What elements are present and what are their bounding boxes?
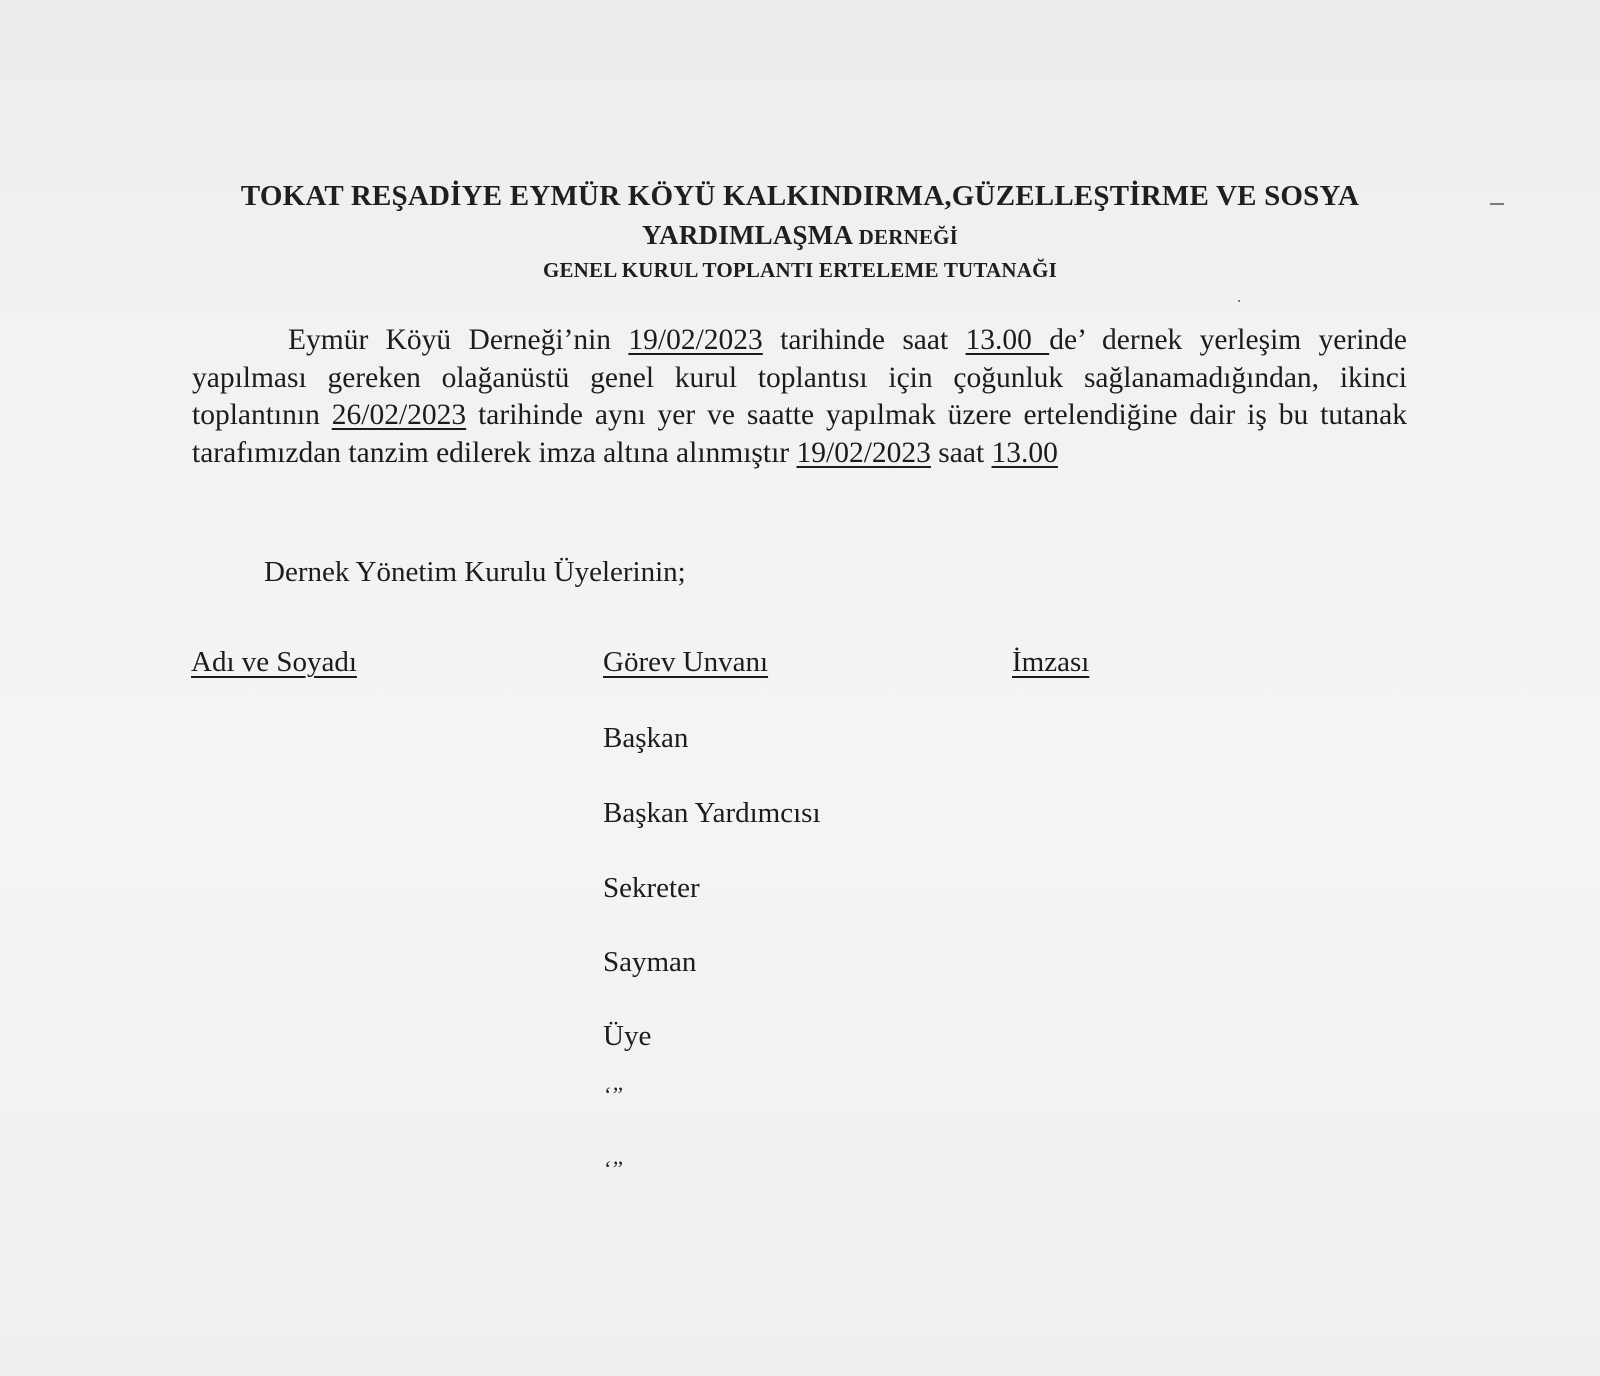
role-member-ditto: ‘’’ — [603, 1082, 623, 1108]
title-line-2-main: YARDIMLAŞMA — [642, 220, 852, 250]
paragraph-text: Eymür Köyü Derneği’nin — [288, 324, 628, 356]
document-page: TOKAT REŞADİYE EYMÜR KÖYÜ KALKINDIRMA,GÜ… — [0, 0, 1600, 1376]
paragraph-text: tarihinde saat — [763, 324, 966, 356]
document-subtitle: GENEL KURUL TOPLANTI ERTELEME TUTANAĞI — [190, 258, 1410, 283]
scan-mark — [1238, 300, 1240, 302]
role-member-ditto: ‘’’ — [603, 1156, 623, 1182]
role-member: Üye — [603, 1020, 651, 1053]
record-date: 19/02/2023 — [797, 437, 931, 469]
role-president: Başkan — [603, 722, 688, 755]
title-line-2-small: DERNEĞİ — [859, 225, 958, 249]
role-vice-president: Başkan Yardımcısı — [603, 797, 821, 830]
meeting-date: 19/02/2023 — [628, 324, 762, 356]
column-header-signature: İmzası — [1012, 646, 1089, 679]
column-header-name: Adı ve Soyadı — [191, 646, 357, 679]
record-time: 13.00 — [992, 437, 1058, 469]
board-members-intro: Dernek Yönetim Kurulu Üyelerinin; — [264, 556, 686, 589]
role-treasurer: Sayman — [603, 946, 696, 979]
meeting-time: 13.00 — [966, 324, 1050, 356]
scan-mark — [1490, 203, 1504, 205]
title-line-1: TOKAT REŞADİYE EYMÜR KÖYÜ KALKINDIRMA,GÜ… — [190, 180, 1410, 213]
role-secretary: Sekreter — [603, 872, 700, 905]
paragraph-text: saat — [931, 437, 992, 469]
title-line-2: YARDIMLAŞMA DERNEĞİ — [190, 220, 1410, 251]
second-meeting-date: 26/02/2023 — [332, 399, 466, 431]
column-header-role: Görev Unvanı — [603, 646, 768, 679]
body-paragraph: Eymür Köyü Derneği’nin 19/02/2023 tarihi… — [192, 322, 1407, 472]
